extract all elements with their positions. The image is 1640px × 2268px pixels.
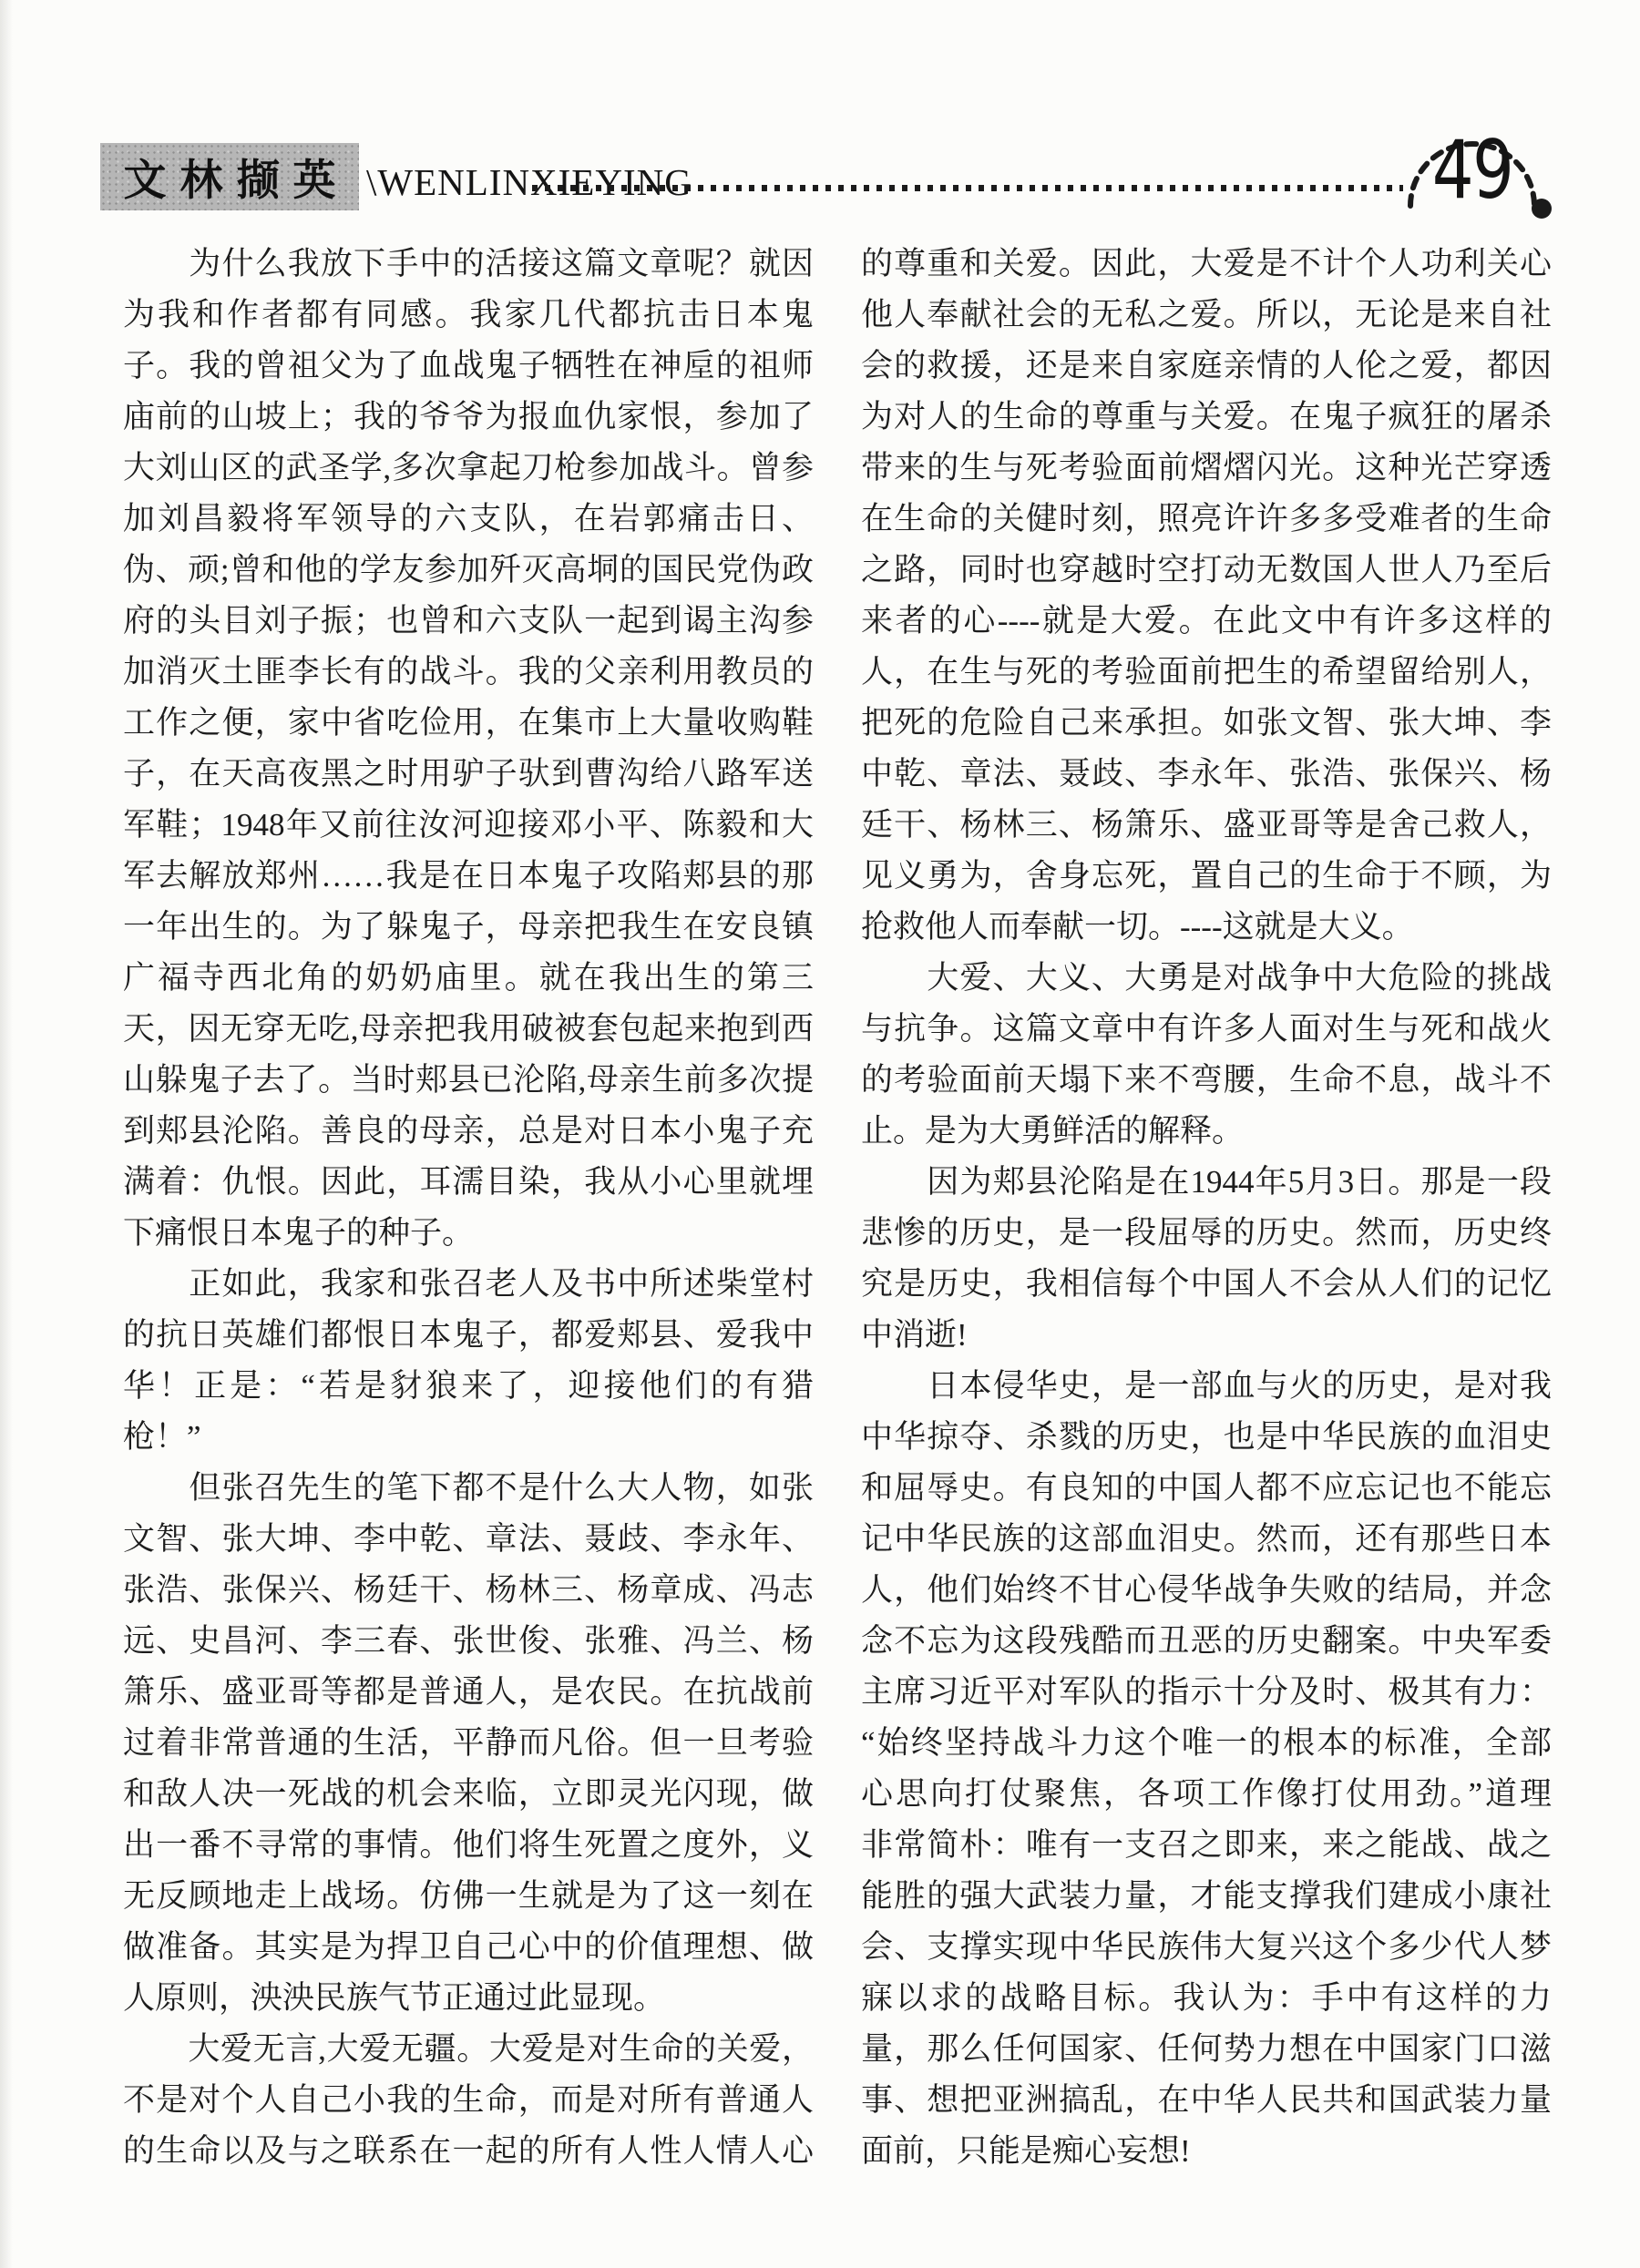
text-line: 为什么我放下手中的活接这篇文章呢？就因 bbox=[123, 239, 814, 290]
text-line: 寐以求的战略目标。我认为：手中有这样的力 bbox=[861, 1973, 1552, 2024]
text-line: 到郏县沦陷。善良的母亲，总是对日本小鬼子充 bbox=[123, 1106, 814, 1157]
text-line: 量，那么任何国家、任何势力想在中国家门口滋 bbox=[861, 2024, 1552, 2075]
dotted-rule-divider bbox=[532, 185, 1403, 191]
text-line: 人原则，泱泱民族气节正通过此显现。 bbox=[123, 1973, 814, 2024]
text-line: 日本侵华史，是一部血与火的历史，是对我 bbox=[861, 1361, 1552, 1412]
text-line: 事、想把亚洲搞乱，在中华人民共和国武装力量 bbox=[861, 2075, 1552, 2126]
text-line: 在生命的关健时刻，照亮许许多多受难者的生命 bbox=[861, 494, 1552, 545]
text-line: 抢救他人而奉献一切。----这就是大义。 bbox=[861, 902, 1552, 953]
text-line: 文智、张大坤、李中乾、章法、聂歧、李永年、 bbox=[123, 1514, 814, 1565]
text-line: 张浩、张保兴、杨廷干、杨林三、杨章成、冯志 bbox=[123, 1565, 814, 1616]
text-line: 子，在天高夜黑之时用驴子驮到曹沟给八路军送 bbox=[123, 749, 814, 800]
text-line: 人，在生与死的考验面前把生的希望留给别人， bbox=[861, 647, 1552, 698]
text-line: 他人奉献社会的无私之爱。所以，无论是来自社 bbox=[861, 290, 1552, 341]
text-line: 主席习近平对军队的指示十分及时、极其有力： bbox=[861, 1667, 1552, 1718]
text-line: 的生命以及与之联系在一起的所有人性人情人心 bbox=[123, 2126, 814, 2177]
text-line: 见义勇为，舍身忘死，置自己的生命于不顾，为 bbox=[861, 851, 1552, 902]
text-line: 箫乐、盛亚哥等都是普通人，是农民。在抗战前 bbox=[123, 1667, 814, 1718]
text-line: 一年出生的。为了躲鬼子，母亲把我生在安良镇 bbox=[123, 902, 814, 953]
text-line: 正如此，我家和张召老人及书中所述柴堂村 bbox=[123, 1259, 814, 1310]
text-line: 止。是为大勇鲜活的解释。 bbox=[861, 1106, 1552, 1157]
text-line: 过着非常普通的生活，平静而凡俗。但一旦考验 bbox=[123, 1718, 814, 1769]
section-title-box: 文林撷英 bbox=[100, 143, 359, 210]
text-line: 大爱、大义、大勇是对战争中大危险的挑战 bbox=[861, 953, 1552, 1004]
text-line: 人，他们始终不甘心侵华战争失败的结局，并念 bbox=[861, 1565, 1552, 1616]
text-line: 会的救援，还是来自家庭亲情的人伦之爱，都因 bbox=[861, 341, 1552, 392]
text-line: 中消逝! bbox=[861, 1310, 1552, 1361]
text-line: 究是历史，我相信每个中国人不会从人们的记忆 bbox=[861, 1259, 1552, 1310]
text-line: 廷干、杨林三、杨箫乐、盛亚哥等是舍己救人， bbox=[861, 800, 1552, 851]
text-line: 天，因无穿无吃,母亲把我用破被套包起来抱到西 bbox=[123, 1004, 814, 1055]
text-line: 远、史昌河、李三春、张世俊、张雅、冯兰、杨 bbox=[123, 1616, 814, 1667]
text-line: 但张召先生的笔下都不是什么大人物，如张 bbox=[123, 1463, 814, 1514]
text-line: 非常简朴：唯有一支召之即来，来之能战、战之 bbox=[861, 1820, 1552, 1871]
section-title: 文林撷英 bbox=[110, 147, 350, 208]
article-body: 为什么我放下手中的活接这篇文章呢？就因 为我和作者都有同感。我家几代都抗击日本鬼… bbox=[123, 239, 1552, 2177]
text-line: 和敌人决一死战的机会来临，立即灵光闪现，做 bbox=[123, 1769, 814, 1820]
text-line: 山躲鬼子去了。当时郏县已沦陷,母亲生前多次提 bbox=[123, 1055, 814, 1106]
text-line: 念不忘为这段残酷而丑恶的历史翻案。中央军委 bbox=[861, 1616, 1552, 1667]
text-line: “始终坚持战斗力这个唯一的根本的标准，全部 bbox=[861, 1718, 1552, 1769]
text-line: 枪！” bbox=[123, 1412, 814, 1463]
text-line: 伪、顽;曾和他的学友参加歼灭高垌的国民党伪政 bbox=[123, 545, 814, 596]
text-line: 子。我的曾祖父为了血战鬼子牺牲在神垕的祖师 bbox=[123, 341, 814, 392]
text-line: 满着：仇恨。因此，耳濡目染，我从小心里就埋 bbox=[123, 1157, 814, 1208]
text-line: 的考验面前天塌下来不弯腰，生命不息，战斗不 bbox=[861, 1055, 1552, 1106]
text-line: 中乾、章法、聂歧、李永年、张浩、张保兴、杨 bbox=[861, 749, 1552, 800]
text-line: 能胜的强大武装力量，才能支撑我们建成小康社 bbox=[861, 1871, 1552, 1922]
magazine-page: 文林撷英 \WENLINXIEYING 49 为什么我放下手中的活接这篇文章呢？… bbox=[0, 0, 1640, 2268]
text-line: 悲惨的历史，是一段屈辱的历史。然而，历史终 bbox=[861, 1208, 1552, 1259]
text-line: 带来的生与死考验面前熠熠闪光。这种光芒穿透 bbox=[861, 443, 1552, 494]
text-line: 无反顾地走上战场。仿佛一生就是为了这一刻在 bbox=[123, 1871, 814, 1922]
text-line: 工作之便，家中省吃俭用，在集市上大量收购鞋 bbox=[123, 698, 814, 749]
text-line: 心思向打仗聚焦，各项工作像打仗用劲。”道理 bbox=[861, 1769, 1552, 1820]
text-line: 和屈辱史。有良知的中国人都不应忘记也不能忘 bbox=[861, 1463, 1552, 1514]
text-line: 来者的心----就是大爱。在此文中有许多这样的 bbox=[861, 596, 1552, 647]
text-line: 广福寺西北角的奶奶庙里。就在我出生的第三 bbox=[123, 953, 814, 1004]
section-title-pinyin: \WENLINXIEYING bbox=[366, 160, 692, 204]
text-line: 与抗争。这篇文章中有许多人面对生与死和战火 bbox=[861, 1004, 1552, 1055]
text-line: 的抗日英雄们都恨日本鬼子，都爱郏县、爱我中 bbox=[123, 1310, 814, 1361]
page-number: 49 bbox=[1429, 124, 1515, 215]
text-line: 加消灭土匪李长有的战斗。我的父亲利用教员的 bbox=[123, 647, 814, 698]
text-line: 大刘山区的武圣学,多次拿起刀枪参加战斗。曾参 bbox=[123, 443, 814, 494]
text-line: 为对人的生命的尊重与关爱。在鬼子疯狂的屠杀 bbox=[861, 392, 1552, 443]
text-line: 大爱无言,大爱无疆。大爱是对生命的关爱， bbox=[123, 2024, 814, 2075]
text-line: 会、支撑实现中华民族伟大复兴这个多少代人梦 bbox=[861, 1922, 1552, 1973]
article-column-left: 为什么我放下手中的活接这篇文章呢？就因 为我和作者都有同感。我家几代都抗击日本鬼… bbox=[123, 239, 814, 2177]
text-line: 军鞋；1948年又前往汝河迎接邓小平、陈毅和大 bbox=[123, 800, 814, 851]
text-line: 军去解放郑州……我是在日本鬼子攻陷郏县的那 bbox=[123, 851, 814, 902]
text-line: 中华掠夺、杀戮的历史，也是中华民族的血泪史 bbox=[861, 1412, 1552, 1463]
text-line: 出一番不寻常的事情。他们将生死置之度外，义 bbox=[123, 1820, 814, 1871]
text-line: 的尊重和关爱。因此，大爱是不计个人功利关心 bbox=[861, 239, 1552, 290]
text-line: 因为郏县沦陷是在1944年5月3日。那是一段 bbox=[861, 1157, 1552, 1208]
text-line: 府的头目刘子振；也曾和六支队一起到谒主沟参 bbox=[123, 596, 814, 647]
text-line: 面前，只能是痴心妄想! bbox=[861, 2126, 1552, 2177]
text-line: 下痛恨日本鬼子的种子。 bbox=[123, 1208, 814, 1259]
text-line: 把死的危险自己来承担。如张文智、张大坤、李 bbox=[861, 698, 1552, 749]
text-line: 之路，同时也穿越时空打动无数国人世人乃至后 bbox=[861, 545, 1552, 596]
text-line: 为我和作者都有同感。我家几代都抗击日本鬼 bbox=[123, 290, 814, 341]
text-line: 不是对个人自己小我的生命，而是对所有普通人 bbox=[123, 2075, 814, 2126]
text-line: 记中华民族的这部血泪史。然而，还有那些日本 bbox=[861, 1514, 1552, 1565]
text-line: 做准备。其实是为捍卫自己心中的价值理想、做 bbox=[123, 1922, 814, 1973]
text-line: 华！正是：“若是豺狼来了，迎接他们的有猎 bbox=[123, 1361, 814, 1412]
text-line: 加刘昌毅将军领导的六支队，在岩郭痛击日、 bbox=[123, 494, 814, 545]
article-column-right: 的尊重和关爱。因此，大爱是不计个人功利关心 他人奉献社会的无私之爱。所以，无论是… bbox=[861, 239, 1552, 2177]
text-line: 庙前的山坡上；我的爷爷为报血仇家恨，参加了 bbox=[123, 392, 814, 443]
